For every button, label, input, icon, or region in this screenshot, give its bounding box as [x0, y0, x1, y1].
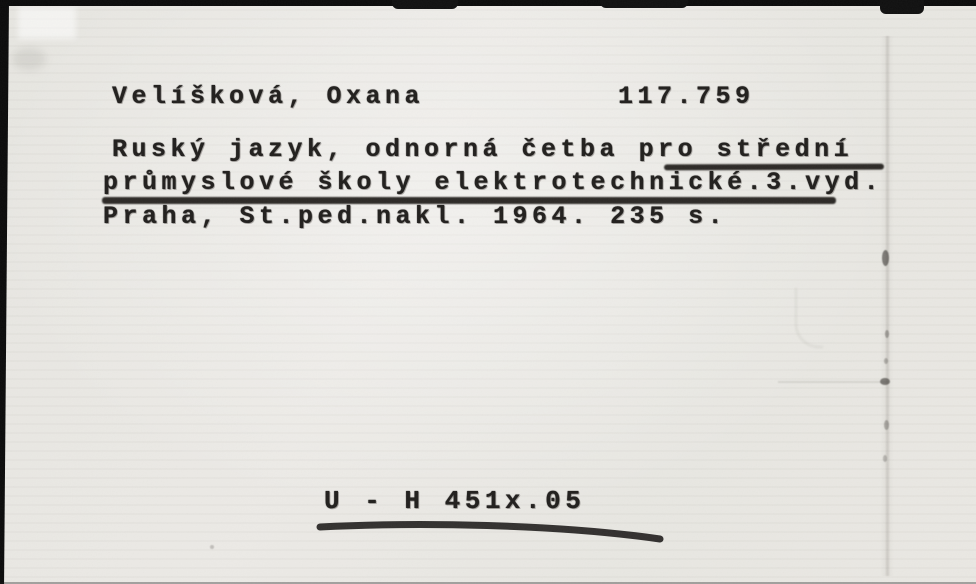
title-line1-underlined-text: střední	[717, 135, 854, 164]
scan-edge-left	[0, 0, 9, 584]
underline-stredni	[664, 164, 884, 171]
scan-edge-blob	[880, 0, 924, 14]
faint-pencil-arc	[795, 288, 823, 348]
title-line1-prefix: Ruský jazyk, odnorná četba pro	[112, 135, 717, 164]
call-number: U - H 451x.05	[324, 488, 585, 514]
title-line-1: Ruský jazyk, odnorná četba pro střední	[112, 137, 853, 162]
title-line2-suffix: .3.vyd.	[747, 168, 884, 197]
catalog-number: 117.759	[618, 84, 755, 109]
ink-speck	[210, 545, 214, 549]
title-line2-underlined-text: průmyslové školy elektrotechnické	[103, 168, 747, 197]
ink-speck	[883, 455, 887, 462]
ink-speck	[882, 250, 889, 266]
scan-edge-blob	[600, 0, 688, 8]
imprint-line: Praha, St.ped.nakl. 1964. 235 s.	[103, 204, 727, 229]
scan-edge-blob	[392, 0, 458, 9]
scanned-catalog-card: Velíšková, Oxana 117.759 Ruský jazyk, od…	[0, 0, 976, 584]
ink-speck	[884, 420, 889, 430]
scan-edge-top	[0, 0, 976, 6]
ink-speck	[884, 358, 888, 364]
underline-prumyslove-skoly	[102, 197, 836, 204]
faint-pencil-rule	[778, 381, 888, 383]
paper-fold-line	[886, 36, 889, 576]
title-line-2: průmyslové školy elektrotechnické.3.vyd.	[103, 170, 883, 195]
author-name: Velíšková, Oxana	[112, 84, 424, 109]
ink-speck	[885, 330, 889, 338]
paper-light-patch	[18, 7, 76, 39]
paper-smudge	[12, 48, 46, 70]
call-number-underline	[306, 518, 678, 550]
